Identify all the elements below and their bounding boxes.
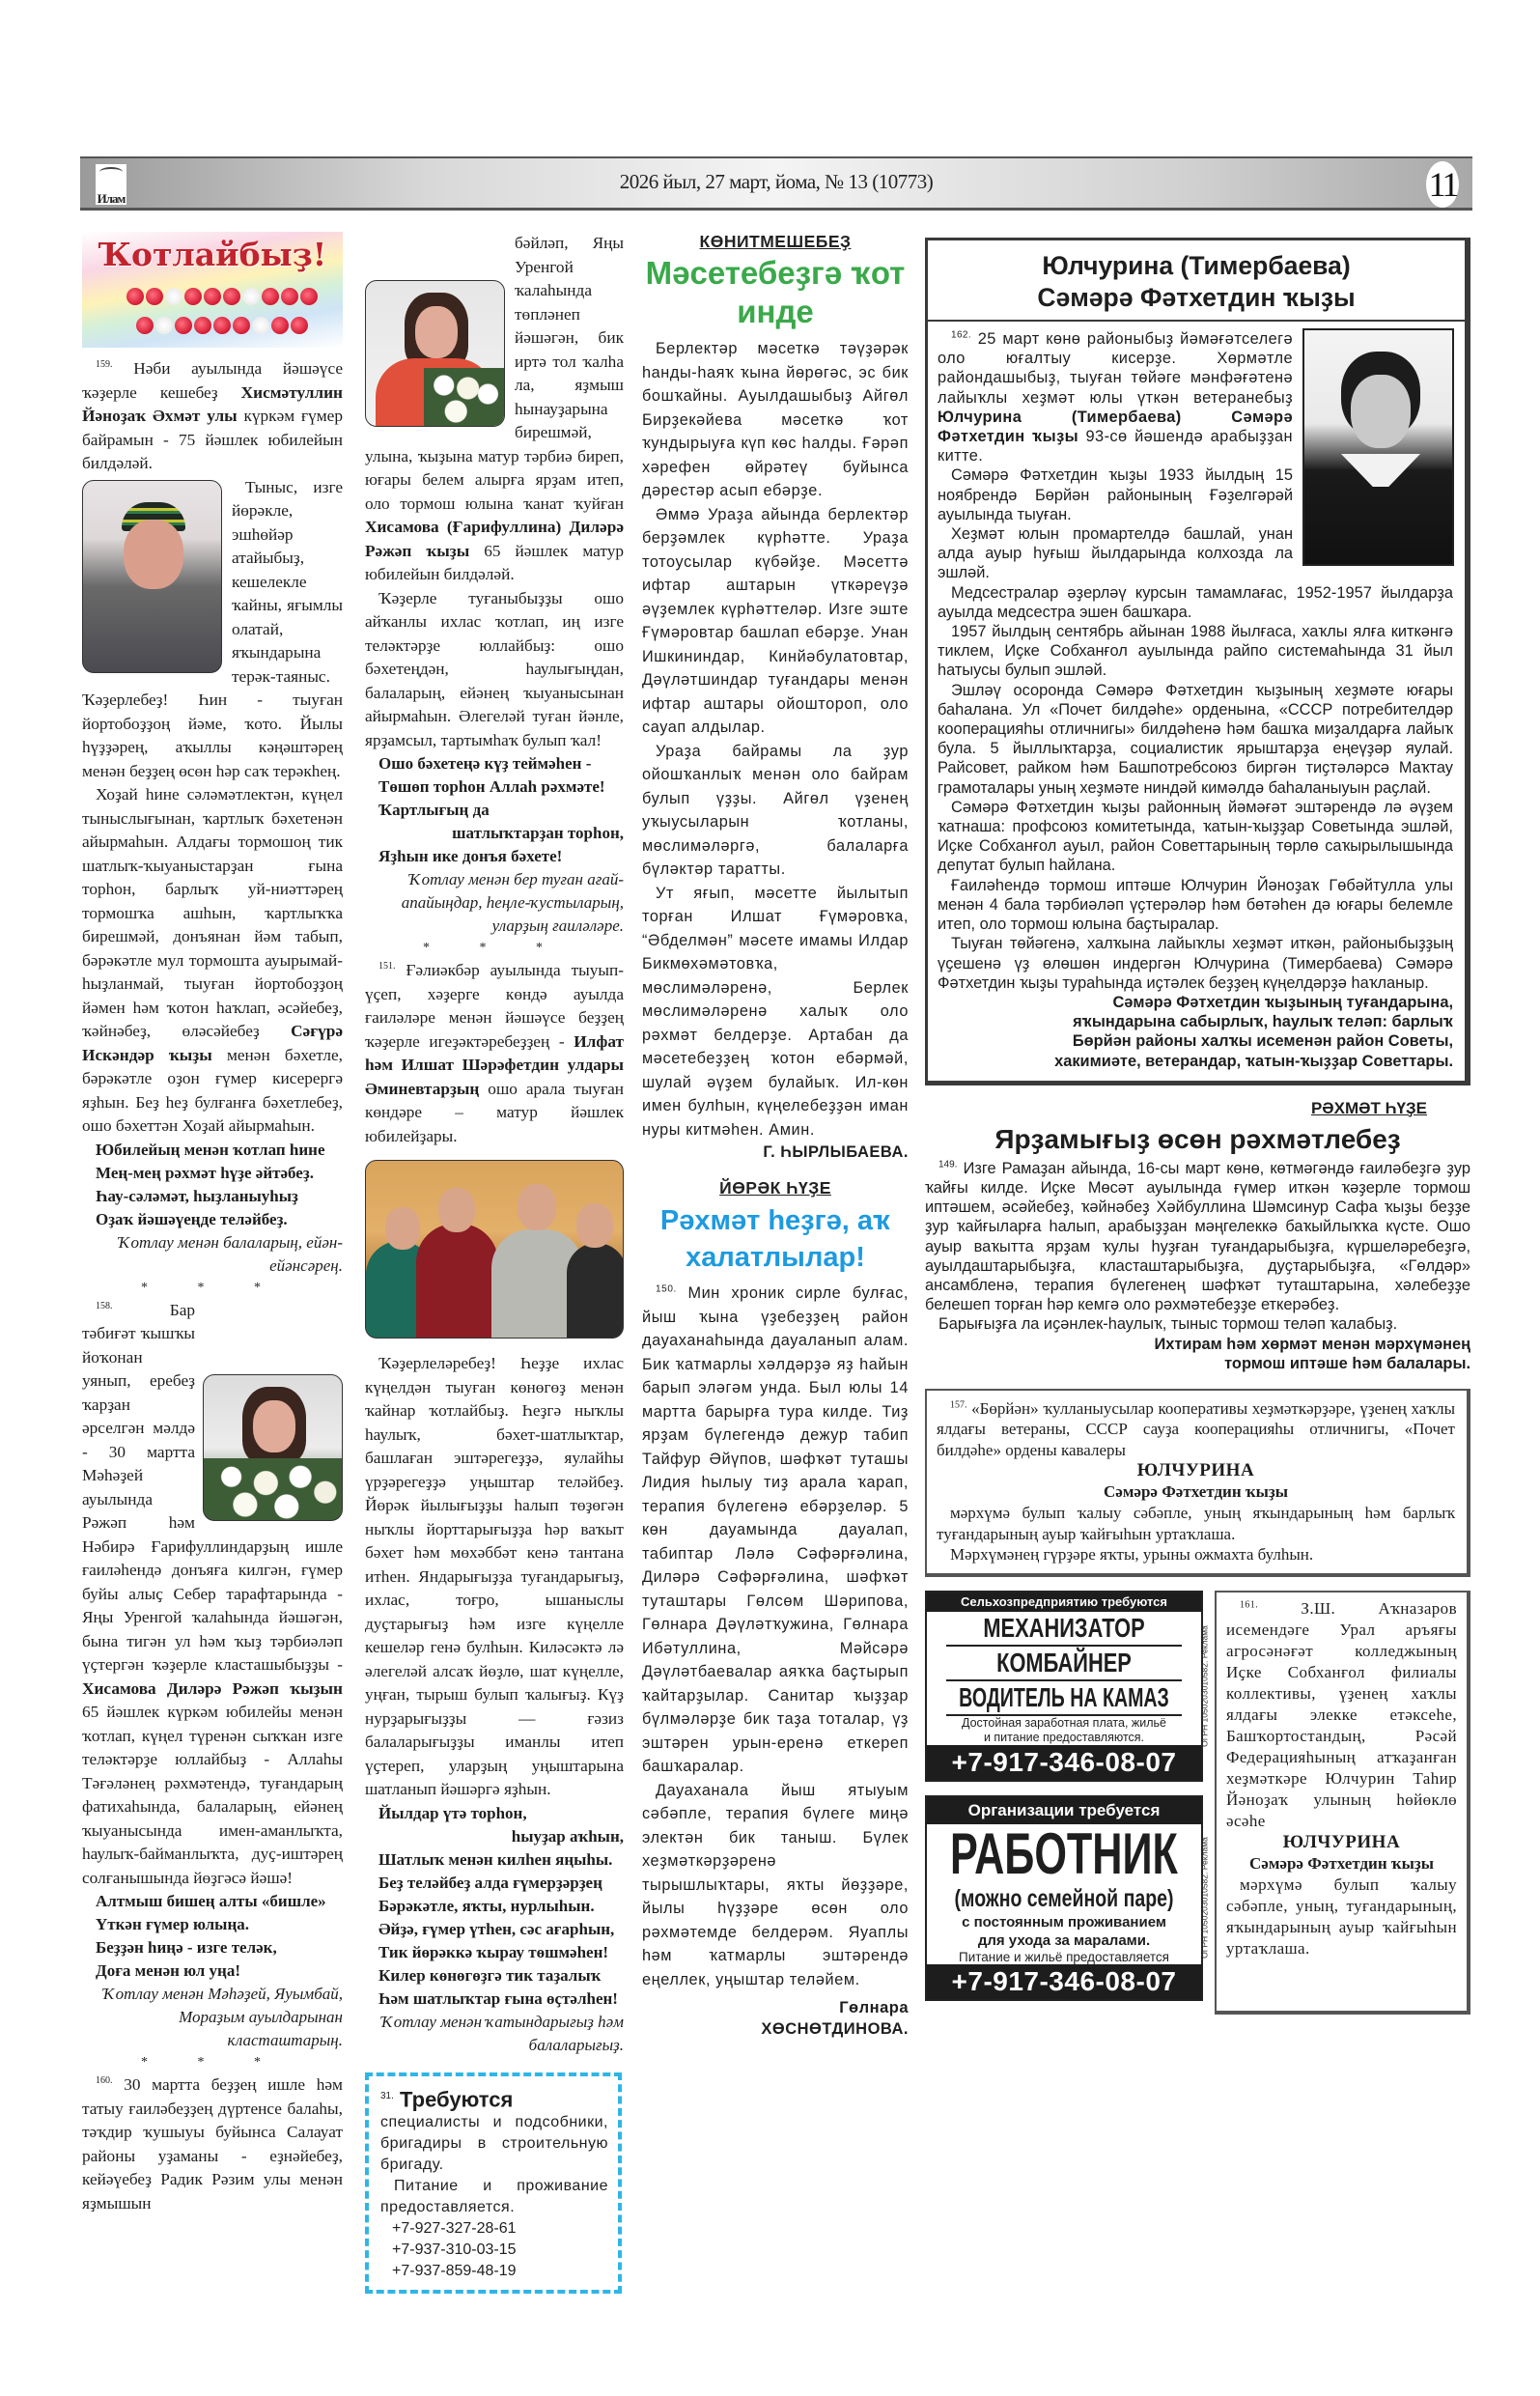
poem-line: Доға менән юл уңа!	[96, 1959, 343, 1983]
paragraph: Ураҙа байрамы ла ҙур ойошҡанлыҡ менән ол…	[642, 740, 909, 882]
paragraph: Әммә Ураҙа айында берлектәр берҙәмлек кү…	[642, 503, 909, 740]
classified-ads: Сельхозпредприятию требуются МЕХАНИЗАТОР…	[925, 1591, 1203, 2015]
paragraph: мәрхүмә булып ҡалыу сәбәпле, уның, туған…	[1226, 1875, 1457, 1959]
announcement-160: 160. 30 мартта беҙҙең ишле һәм татыу ғаи…	[82, 2073, 343, 2215]
job-title: РАБОТНИК	[924, 1824, 1205, 1884]
ad-note: Достойная заработная плата, жильё	[927, 1716, 1201, 1731]
announcement-151: 151. Ғәлиәкбәр ауылында тыуып-үҫеп, хәҙе…	[365, 959, 624, 2057]
poem: Юбилейың менән ҡотлап һине Мең-мең рәхмә…	[82, 1139, 343, 1231]
ad-number: 31.	[380, 2091, 394, 2101]
poem-line: һыуҙар аҡһын,	[378, 1825, 624, 1848]
ad-farm-jobs[interactable]: Сельхозпредприятию требуются МЕХАНИЗАТОР…	[925, 1591, 1203, 1782]
signature: Ҡотлау менән балаларың, ейән-ейәнсәрең.	[82, 1231, 343, 1278]
poem-line: Шатлыҡ менән килһен яңыһы.	[378, 1848, 624, 1872]
announcement-number: 157.	[950, 1399, 967, 1410]
signature-line: яҡындарына сабырлыҡ, һаулыҡ теләп: барлы…	[938, 1012, 1453, 1031]
deceased-given-name: Сәмәрә Фәтхетдин ҡыҙы	[1226, 1853, 1457, 1875]
signature: Ҡотлау менән бер туған ағай-апайыңдар, һ…	[365, 868, 624, 938]
paragraph: Ғаиләһендә тормош иптәше Юлчурин Йәноҙаҡ…	[938, 876, 1453, 935]
author-byline: Г. ҺЫРЛЫБАЕВА.	[642, 1142, 909, 1163]
paragraph: Эшләү осоронда Сәмәрә Фәтхетдин ҡыҙының …	[938, 681, 1453, 798]
obituary-signature: Сәмәрә Фәтхетдин ҡыҙының туғандарына, яҡ…	[938, 993, 1453, 1071]
condolence-157: 157. «Бөрйән» ҡулланыусылар кооперативы …	[925, 1389, 1470, 1577]
woman-red-dress-photo	[365, 280, 505, 427]
page-header: Илам 2026 йыл, 27 март, йома, № 13 (1077…	[80, 156, 1472, 211]
phone-number[interactable]: +7-937-859-48-19	[380, 2261, 608, 2282]
poem-line: Ҡартлығың да	[378, 799, 624, 822]
column-4: Юлчурина (Тимербаева) Сәмәрә Фәтхетдин ҡ…	[925, 238, 1470, 2015]
paragraph: Медсестралар әҙерләү курсын тамамлағас, …	[938, 583, 1453, 622]
announcement-number: 158.	[96, 1301, 113, 1311]
thanks-note: 149. Изге Рамаҙан айында, 16-сы март көн…	[925, 1159, 1470, 1373]
phone-number[interactable]: +7-937-310-03-15	[380, 2240, 608, 2261]
job-title: ВОДИТЕЛЬ НА КАМАЗ	[928, 1681, 1201, 1714]
job-title: КОМБАЙНЕР	[935, 1647, 1193, 1679]
article-mosque: Берлектәр мәсеткә тәүҙәрәк һанды-һаяҡ ҡы…	[642, 337, 909, 1163]
bottom-ads-row: Сельхозпредприятию требуются МЕХАНИЗАТОР…	[925, 1591, 1470, 2015]
paragraph: Тыуған төйәгенә, халҡына лайыҡлы хеҙмәт …	[938, 934, 1453, 993]
text: 65 йәшлек күркәм юбилейы менән ҡотлап, к…	[82, 1703, 343, 1887]
title-line: Юлчурина (Тимербаева)	[928, 250, 1465, 282]
obituary-title: Юлчурина (Тимербаева) Сәмәрә Фәтхетдин ҡ…	[928, 240, 1465, 322]
phone-number[interactable]: +7-917-346-08-07	[927, 1964, 1201, 1999]
signature-line: тормош иптәше һәм балалары.	[925, 1354, 1470, 1373]
text: «Бөрйән» ҡулланыусылар кооперативы хеҙмә…	[937, 1399, 1455, 1459]
announcement-number: 149.	[938, 1159, 957, 1170]
article-headline: Ярҙамығыҙ өсөн рәхмәтлебеҙ	[925, 1124, 1470, 1155]
poem-line: Бәрәкәтле, яҡты, нурлыһын.	[378, 1895, 624, 1918]
announcement-number: 151.	[378, 961, 396, 972]
job-title: МЕХАНИЗАТОР	[935, 1612, 1193, 1645]
signature: Ҡотлау менән Мәһәҙей, Яуымбай, Мораҙым а…	[82, 1983, 343, 2052]
article-headline: Рәхмәт һеҙгә, аҡ халатлылар!	[642, 1202, 909, 1276]
page-number: 11	[1426, 161, 1459, 208]
paragraph: 1957 йылдың сентябрь айынан 1988 йылғаса…	[938, 622, 1453, 681]
ad-worker[interactable]: Организации требуется РАБОТНИК (можно се…	[925, 1795, 1203, 2001]
poem-line: Тик йөрәккә ҡырау төшмәһен!	[378, 1941, 624, 1964]
obituary-body: 162. 25 март көнө районыбыҙ йәмәғәтселег…	[928, 322, 1465, 1081]
ad-note: и питание предоставляются.	[927, 1731, 1201, 1745]
poem-line: Беҙҙән һиңә - изге теләк,	[96, 1936, 343, 1959]
announcement-number: 161.	[1240, 1599, 1258, 1610]
thanks-signature: Ихтирам һәм хөрмәт менән мәрхүмәнең торм…	[925, 1335, 1470, 1373]
ad-note: Питание и жильё предоставляется	[927, 1950, 1201, 1964]
section-rubric: РӘХМӘТ ҺҮҘЕ	[925, 1099, 1470, 1118]
text: Хоҙай һине сәләмәтлектән, күңел тыныслығ…	[82, 785, 343, 1040]
poem-line: Яҙһын ике донъя бәхете!	[378, 845, 624, 868]
poem-line: Мең-мең рәхмәт һүҙе әйтәбеҙ.	[96, 1162, 343, 1185]
phone-number[interactable]: +7-927-327-28-61	[380, 2218, 608, 2240]
poem-line: Йылдар үтә торһон,	[378, 1802, 624, 1825]
announcement-160-continued: бәйләп, Яңы Уренгой ҡалаһында төпләнеп й…	[365, 232, 624, 938]
ad-title: Требуются	[400, 2087, 513, 2111]
separator-stars: * * *	[365, 938, 624, 959]
deceased-surname: ЮЛЧУРИНА	[937, 1460, 1455, 1481]
poem-line: Юбилейың менән ҡотлап һине	[96, 1139, 343, 1162]
signature-line: Сәмәрә Фәтхетдин ҡыҙының туғандарына,	[938, 993, 1453, 1012]
author-first-name: Гөлнара	[642, 1997, 909, 2018]
poem: Ошо бәхетеңә күҙ теймәһен - Төшөп торһон…	[365, 752, 624, 868]
signature-line: Бөрйән районы халҡы исеменән район Совет…	[938, 1031, 1453, 1051]
paragraph: Дауаханала йыш ятыуым сәбәпле, терапия б…	[642, 1779, 909, 1992]
ad-text: Питание и проживание предоставляется.	[380, 2176, 608, 2218]
phone-number[interactable]: +7-917-346-08-07	[927, 1745, 1201, 1780]
text: З.Ш. Аҡназаров исемендәге Урал аръяғы аг…	[1226, 1599, 1457, 1830]
poem-line: Ошо бәхетеңә күҙ теймәһен -	[378, 752, 624, 775]
title-line: Сәмәрә Фәтхетдин ҡыҙы	[928, 282, 1465, 314]
issue-date-line: 2026 йыл, 27 март, йома, № 13 (10773)	[80, 170, 1472, 194]
separator-stars: * * *	[82, 1278, 343, 1299]
ad-text: с постоянным проживанием	[927, 1913, 1201, 1931]
announcement-number: 159.	[96, 359, 113, 370]
paragraph: Сәмәрә Фәтхетдин ҡыҙы районның йәмәғәт э…	[938, 798, 1453, 876]
signature: Ҡотлау менән ҡатындарығыҙ һәм балаларығы…	[365, 2011, 624, 2057]
article-headline: Мәсетебеҙгә ҡот инде	[642, 254, 909, 331]
text: 30 мартта беҙҙең ишле һәм татыу ғаиләбеҙ…	[82, 2075, 343, 2213]
poem: Алтмыш бишең алты «бишле» Үткән ғүмер юл…	[82, 1890, 343, 1983]
article-doctors: 150. Мин хроник сирле булғас, йыш ҡына ү…	[642, 1282, 909, 2040]
announcement-159: 159. Нәби ауылында йәшәүсе ҡәҙерле кешеб…	[82, 357, 343, 1278]
ogrn-label: ОГРН 1050203010582. Реклама	[1200, 1838, 1210, 1959]
group-photo	[365, 1160, 624, 1339]
paragraph: Ҡәҙерлеләребеҙ! Һеҙҙе ихлас күңелдән тыу…	[365, 1352, 624, 1802]
poem-line: Оҙаҡ йәшәүеңде теләйбеҙ.	[96, 1208, 343, 1231]
poem-line: Төшөп торһон Аллаһ рәхмәте!	[378, 775, 624, 799]
poem-line: Үткән ғүмер юлыңа.	[96, 1913, 343, 1936]
elderly-man-photo	[82, 480, 222, 673]
ad-subtitle: (можно семейной паре)	[927, 1884, 1201, 1913]
deceased-surname: ЮЛЧУРИНА	[1226, 1832, 1457, 1853]
poem-line: Алтмыш бишең алты «бишле»	[96, 1890, 343, 1913]
job-ad-31[interactable]: 31. Требуются специалисты и подсобники, …	[365, 2072, 622, 2294]
poem-line: Һәм шатлыҡтар ғына өҫтәлһен!	[378, 1987, 624, 2011]
woman-with-roses-photo	[203, 1374, 343, 1521]
poem: Йылдар үтә торһон, һыуҙар аҡһын, Шатлыҡ …	[365, 1802, 624, 2011]
text: 25 март көнө районыбыҙ йәмәғәтселегә оло…	[938, 330, 1293, 407]
ad-header: Сельхозпредприятию требуются	[927, 1593, 1201, 1612]
text: Изге Рамаҙан айында, 16-сы март көнө, кө…	[925, 1160, 1470, 1313]
ad-header: Организации требуется	[927, 1797, 1201, 1824]
poem-line: Һау-сәләмәт, һыҙланыуһыҙ	[96, 1185, 343, 1208]
author-byline: Гөлнара ХӨСНӨТДИНОВА.	[642, 1997, 909, 2040]
deceased-portrait-photo	[1302, 328, 1454, 566]
separator-stars: * * *	[82, 2052, 343, 2073]
paragraph: Ут яғып, мәсетте йылытып торған Илшат Ғү…	[642, 882, 909, 1142]
signature-line: хакимиәте, ветерандар, ҡатын-ҡыҙҙар Сове…	[938, 1052, 1453, 1071]
text: Мин хроник сирле булғас, йыш ҡына үҙебеҙ…	[642, 1284, 909, 1775]
paragraph: Барығыҙға ла иҫәнлек-һаулыҡ, тыныс тормо…	[925, 1314, 1470, 1334]
ogrn-label: ОГРН 1050203010582. Реклама	[1200, 1625, 1210, 1747]
paragraph: Ҡәҙерле туғаныбыҙҙы ошо айҡанлы ихлас ҡо…	[365, 587, 624, 753]
announcement-number: 150.	[656, 1284, 677, 1295]
condolence-161: 161. З.Ш. Аҡназаров исемендәге Урал аръя…	[1215, 1591, 1470, 2015]
paragraph: мәрхүмә булып ҡалыу сәбәпле, уның яҡында…	[937, 1503, 1455, 1544]
poem-line: шатлыҡтарҙан торһон,	[378, 822, 624, 845]
banner-title: Ҡотлайбыҙ!	[82, 236, 343, 273]
ad-text: специалисты и подсобники, бригадиры в ст…	[380, 2112, 608, 2176]
poem-line: Беҙ теләйбеҙ алда ғүмерҙәрҙең	[378, 1872, 624, 1895]
poem-line: Килер көнөгөҙгә тик таҙалыҡ	[378, 1964, 624, 1987]
signature-line: Ихтирам һәм хөрмәт менән мәрхүмәнең	[925, 1335, 1470, 1354]
announcement-number: 160.	[96, 2075, 113, 2086]
column-1: Ҡотлайбыҙ! 159. Нәби ауылында йәшәүсе ҡә…	[82, 232, 343, 2215]
poem-line: Әйҙә, ғүмер үтһен, сәс ағарһын,	[378, 1918, 624, 1941]
announcement-158: 158. Бар тәбиғәт ҡышҡы йоҡонан уянып, ер…	[82, 1299, 343, 2053]
author-last-name: ХӨСНӨТДИНОВА.	[642, 2018, 909, 2040]
paragraph: Мәрхүмәнең гүрҙәре яҡты, урыны ожмахта б…	[937, 1544, 1455, 1565]
paragraph: Берлектәр мәсеткә тәүҙәрәк һанды-һаяҡ ҡы…	[642, 337, 909, 503]
ad-text: для ухода за маралами.	[927, 1931, 1201, 1950]
section-rubric: ЙӨРӘК ҺҮҘЕ	[642, 1178, 909, 1198]
deceased-given-name: Сәмәрә Фәтхетдин ҡыҙы	[937, 1481, 1455, 1503]
column-2: бәйләп, Яңы Уренгой ҡалаһында төпләнеп й…	[365, 232, 624, 2294]
column-3: КӨНИТМЕШЕБЕҘ Мәсетебеҙгә ҡот инде Берлек…	[642, 232, 909, 2040]
section-rubric: КӨНИТМЕШЕБЕҘ	[642, 232, 909, 252]
announcement-number: 162.	[951, 330, 971, 341]
congratulations-banner: Ҡотлайбыҙ!	[82, 232, 343, 348]
roses-bouquet-icon	[126, 288, 319, 344]
honoree-name: Хисамова Диләрә Рәжәп ҡыҙын	[82, 1679, 343, 1698]
obituary: Юлчурина (Тимербаева) Сәмәрә Фәтхетдин ҡ…	[925, 238, 1470, 1085]
